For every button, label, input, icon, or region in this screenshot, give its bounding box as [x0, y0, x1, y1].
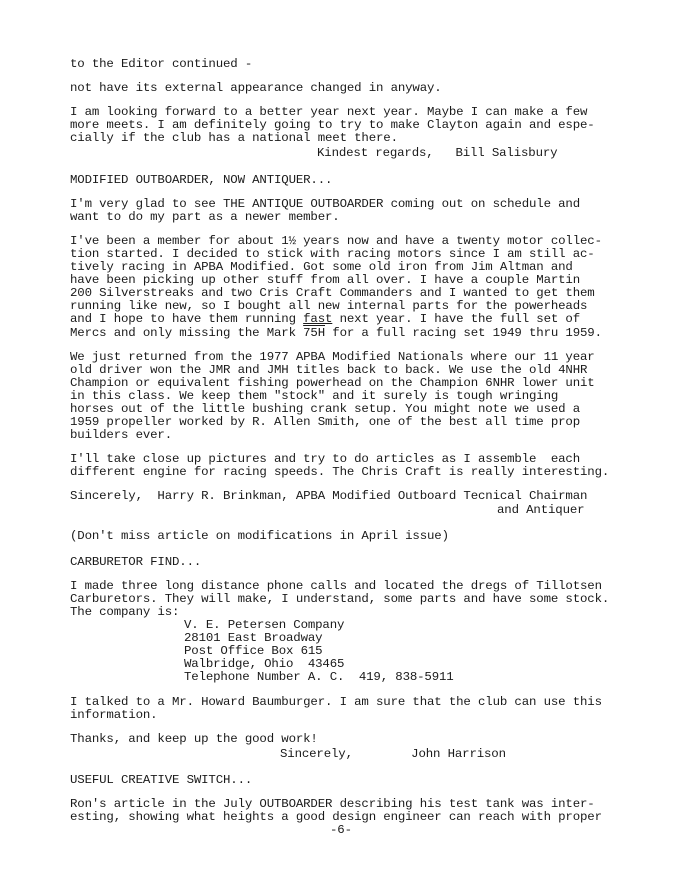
letter1-signature: Kindest regards, Bill Salisbury [70, 147, 640, 160]
section-heading-useful-creative-switch: USEFUL CREATIVE SWITCH... [70, 774, 640, 787]
section4-paragraph: Ron's article in the July OUTBOARDER des… [70, 798, 640, 824]
signoff: Kindest regards, [317, 146, 434, 160]
section2-paragraph-4: I'll take close up pictures and try to d… [70, 453, 640, 479]
page-number: -6- [70, 824, 640, 837]
section2-paragraph-1: I'm very glad to see THE ANTIQUE OUTBOAR… [70, 198, 640, 224]
letter1-paragraph: I am looking forward to a better year ne… [70, 106, 640, 145]
section3-signature: Sincerely, John Harrison [70, 748, 640, 761]
section2-signature: Sincerely, Harry R. Brinkman, APBA Modif… [70, 490, 640, 503]
signoff: Sincerely, [280, 747, 353, 761]
section2-paragraph-2: I've been a member for about 1½ years no… [70, 235, 640, 340]
header-continued: to the Editor continued - [70, 58, 640, 71]
document-page: to the Editor continued - not have its e… [70, 58, 640, 837]
section2-note: (Don't miss article on modifications in … [70, 530, 640, 543]
section2-signature-cont: and Antiquer [70, 504, 640, 517]
section-heading-modified-outboarder: MODIFIED OUTBOARDER, NOW ANTIQUER... [70, 174, 640, 187]
section3-paragraph-1: I made three long distance phone calls a… [70, 580, 640, 619]
section-heading-carburetor-find: CARBURETOR FIND... [70, 556, 640, 569]
company-address: V. E. Petersen Company 28101 East Broadw… [70, 619, 640, 684]
section3-paragraph-2: I talked to a Mr. Howard Baumburger. I a… [70, 696, 640, 722]
author: Bill Salisbury [455, 146, 557, 160]
section3-thanks: Thanks, and keep up the good work! [70, 733, 640, 746]
section2-paragraph-3: We just returned from the 1977 APBA Modi… [70, 351, 640, 443]
model-75h: 75H [303, 326, 325, 340]
author: John Harrison [411, 747, 506, 761]
letter1-continued-text: not have its external appearance changed… [70, 82, 640, 95]
underlined-word-fast: fast [303, 312, 332, 326]
